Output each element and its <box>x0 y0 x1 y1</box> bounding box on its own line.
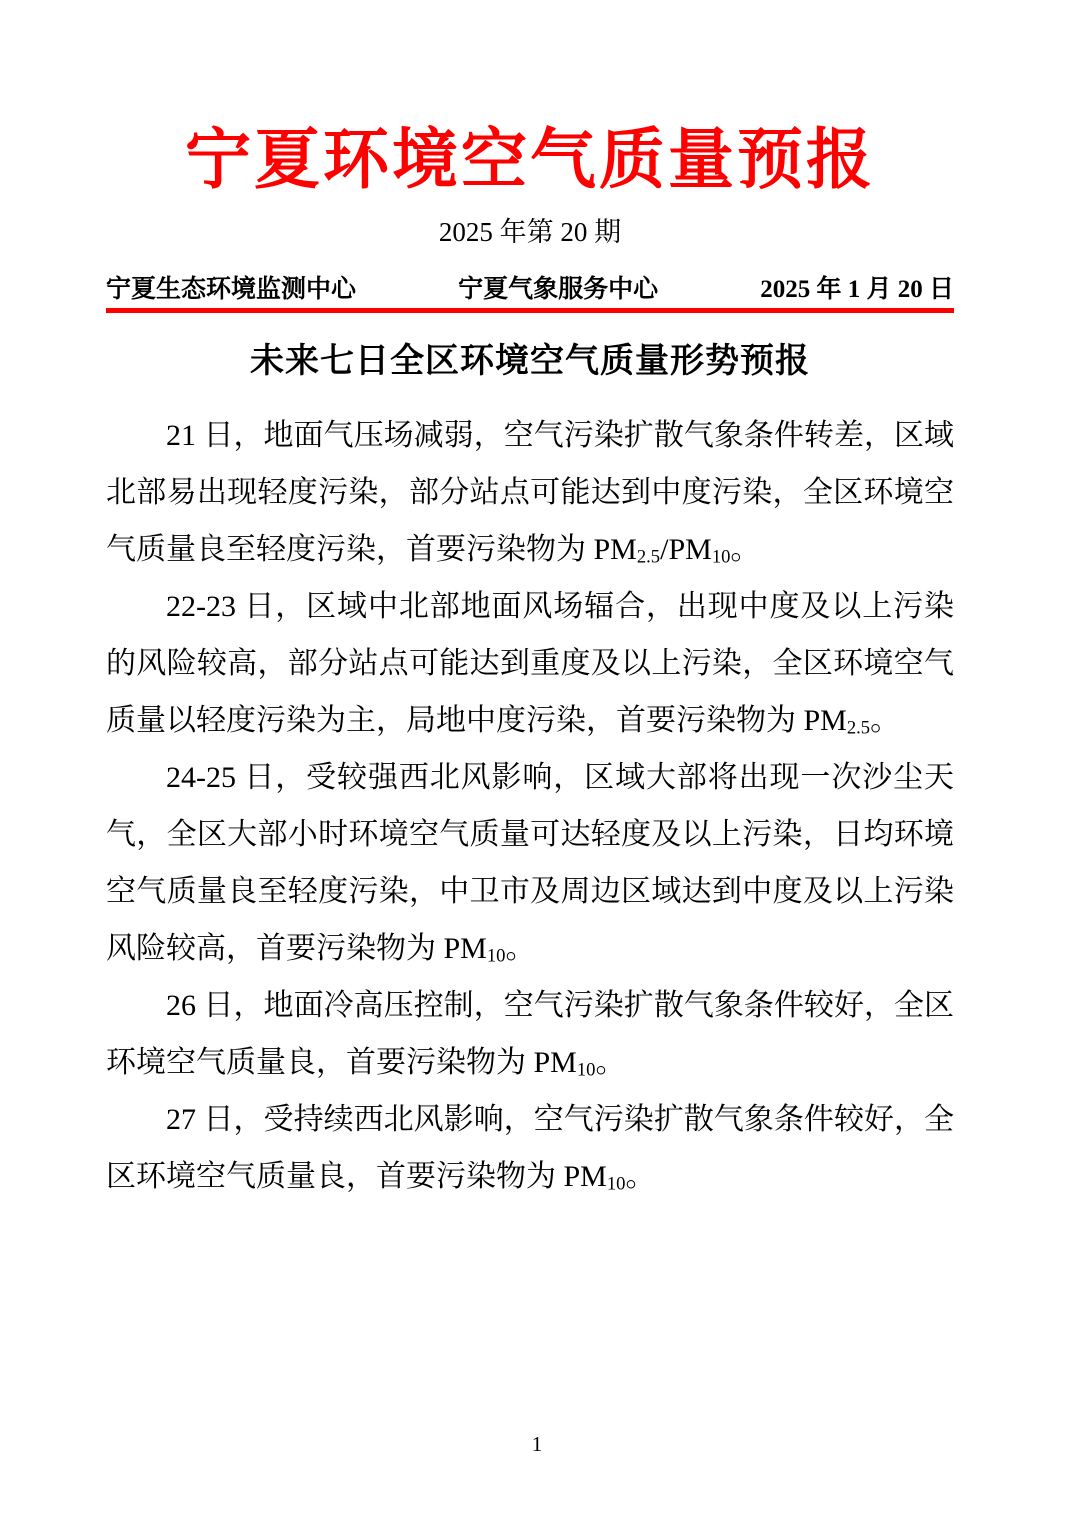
forecast-paragraph: 22-23 日，区域中北部地面风场辐合，出现中度及以上污染的风险较高，部分站点可… <box>106 578 954 749</box>
org-monitoring-center: 宁夏生态环境监测中心 <box>106 274 356 305</box>
pm-subscript: 10 <box>607 1173 626 1194</box>
pm-subscript: 2.5 <box>847 717 870 738</box>
forecast-paragraphs: 21 日，地面气压场减弱，空气污染扩散气象条件转差，区域北部易出现轻度污染，部分… <box>106 407 954 1205</box>
issue-date: 2025 年 1 月 20 日 <box>760 274 954 305</box>
document-page: 宁夏环境空气质量预报 2025 年第 20 期 宁夏生态环境监测中心 宁夏气象服… <box>0 0 1074 1520</box>
header-org-row: 宁夏生态环境监测中心 宁夏气象服务中心 2025 年 1 月 20 日 <box>106 274 954 305</box>
page-number: 1 <box>0 1432 1074 1457</box>
forecast-paragraph: 26 日，地面冷高压控制，空气污染扩散气象条件较好，全区环境空气质量良，首要污染… <box>106 977 954 1091</box>
pm-subscript: 2.5 <box>637 546 660 567</box>
forecast-paragraph: 21 日，地面气压场减弱，空气污染扩散气象条件转差，区域北部易出现轻度污染，部分… <box>106 407 954 578</box>
red-divider-rule <box>106 308 954 313</box>
forecast-paragraph: 24-25 日，受较强西北风影响，区域大部将出现一次沙尘天气，全区大部小时环境空… <box>106 749 954 977</box>
pm-subscript: 10 <box>487 945 506 966</box>
pm-subscript: 10 <box>577 1059 596 1080</box>
pm-subscript: 10 <box>712 546 731 567</box>
document-title: 宁夏环境空气质量预报 <box>106 125 954 198</box>
section-title: 未来七日全区环境空气质量形势预报 <box>106 342 954 383</box>
issue-line: 2025 年第 20 期 <box>106 216 954 248</box>
forecast-paragraph: 27 日，受持续西北风影响，空气污染扩散气象条件较好，全区环境空气质量良，首要污… <box>106 1091 954 1205</box>
org-meteorological-center: 宁夏气象服务中心 <box>458 274 658 305</box>
